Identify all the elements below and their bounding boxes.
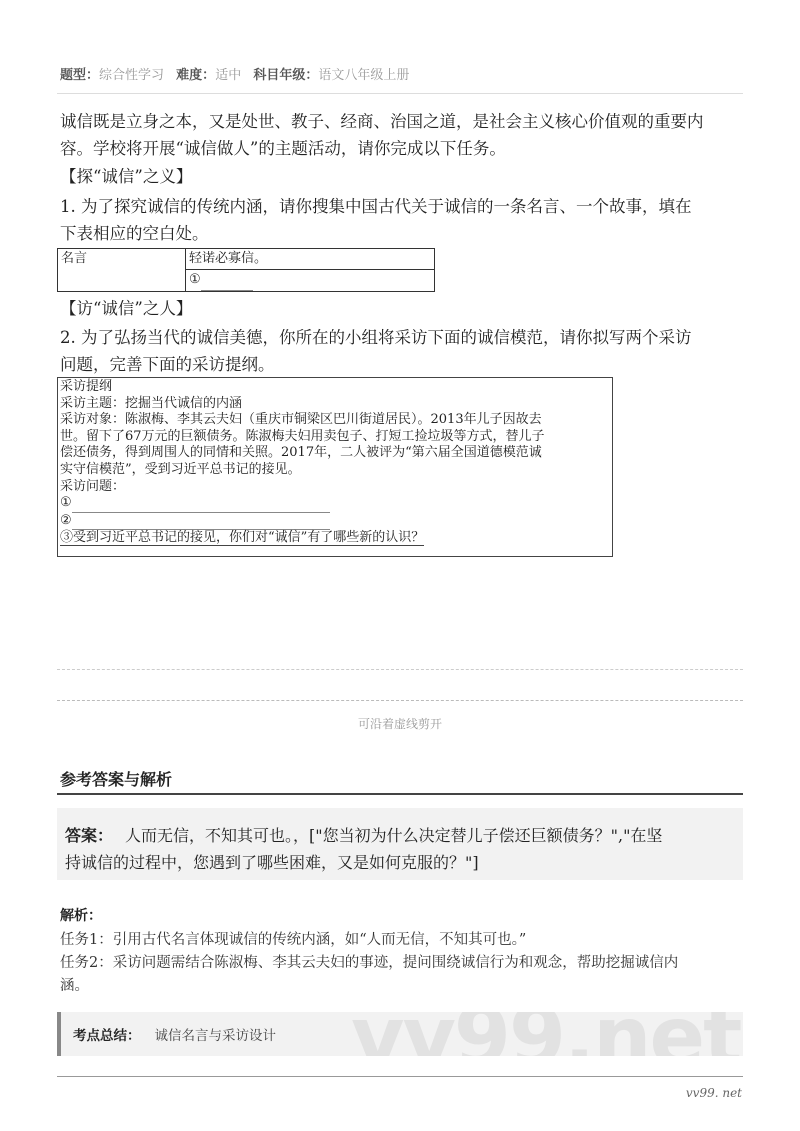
outline-questions-label: 采访问题： bbox=[60, 479, 610, 496]
type-value: 综合性学习 bbox=[99, 68, 164, 83]
outline-object-line-4: 实守信模范”，受到习近平总书记的接见。 bbox=[60, 462, 610, 479]
section-heading-explore: 【探“诚信”之义】 bbox=[60, 163, 750, 191]
answer-section-divider bbox=[57, 793, 743, 795]
answer-section-title: 参考答案与解析 bbox=[60, 767, 172, 790]
cut-hint: 可沿着虚线剪开 bbox=[0, 715, 800, 732]
outline-object-line-1: 采访对象：陈淑梅、李其云夫妇（重庆市铜梁区巴川街道居民）。2013年儿子因故去 bbox=[60, 412, 610, 429]
outline-object-line-3: 偿还债务，得到周围人的同情和关照。2017年，二人被评为“第六届全国道德模范诚 bbox=[60, 445, 610, 462]
outline-question-2[interactable]: ② bbox=[60, 513, 610, 531]
section-heading-interview: 【访“诚信”之人】 bbox=[60, 295, 750, 323]
summary-value: 诚信名言与采访设计 bbox=[155, 1028, 277, 1044]
outline-title: 采访提纲 bbox=[60, 379, 610, 396]
question-number-2: ② bbox=[60, 513, 72, 528]
summary-box: vv99.net 考点总结：诚信名言与采访设计 bbox=[57, 1012, 743, 1056]
quote-row-value-1: 轻诺必寡信。 bbox=[186, 249, 435, 270]
task2-line-2: 问题，完善下面的采访提纲。 bbox=[60, 351, 750, 379]
answer-line-2: 持诚信的过程中，您遇到了哪些困难，又是如何克服的？"] bbox=[65, 849, 733, 876]
footer-divider bbox=[57, 1076, 743, 1077]
analysis-line-1: 任务1：引用古代名言体现诚信的传统内涵，如“人而无信，不知其可也。” bbox=[60, 929, 750, 952]
intro-line-2: 容。学校将开展“诚信做人”的主题活动，请你完成以下任务。 bbox=[60, 135, 750, 163]
task1-line-2: 下表相应的空白处。 bbox=[60, 220, 750, 248]
analysis-line-3: 涵。 bbox=[60, 975, 750, 998]
difficulty-label: 难度： bbox=[176, 68, 215, 83]
task1-line-1: 1. 为了探究诚信的传统内涵，请你搜集中国古代关于诚信的一条名言、一个故事，填在 bbox=[60, 193, 750, 221]
answer-line-1: 人而无信，不知其可也。，["您当初为什么决定替儿子偿还巨额债务？","在坚 bbox=[125, 826, 662, 845]
quote-row-label: 名言 bbox=[58, 249, 186, 292]
analysis-title: 解析： bbox=[60, 905, 102, 925]
analysis-line-2: 任务2：采访问题需结合陈淑梅、李其云夫妇的事迹，提问围绕诚信行为和观念，帮助挖掘… bbox=[60, 952, 750, 975]
difficulty-value: 适中 bbox=[215, 68, 241, 83]
blank-number-1: ① bbox=[189, 272, 201, 287]
question-meta: 题型：综合性学习 难度：适中 科目年级：语文八年级上册 bbox=[60, 64, 409, 83]
quote-table: 名言 轻诺必寡信。 ① bbox=[57, 248, 435, 292]
summary-label: 考点总结： bbox=[73, 1028, 141, 1044]
outline-question-3: ③受到习近平总书记的接见，你们对“诚信”有了哪些新的认识？ bbox=[60, 530, 424, 546]
subject-label: 科目年级： bbox=[253, 68, 318, 83]
header-divider bbox=[57, 93, 743, 94]
outline-topic: 采访主题：挖掘当代诚信的内涵 bbox=[60, 396, 610, 413]
footer-site: vv99. net bbox=[686, 1086, 742, 1100]
task2-line-1: 2. 为了弘扬当代的诚信美德，你所在的小组将采访下面的诚信模范，请你拟写两个采访 bbox=[60, 324, 750, 352]
outline-question-1[interactable]: ① bbox=[60, 495, 610, 513]
cut-line-upper bbox=[57, 669, 743, 670]
intro-line-1: 诚信既是立身之本，又是处世、教子、经商、治国之道，是社会主义核心价值观的重要内 bbox=[60, 108, 750, 136]
question-number-1: ① bbox=[60, 495, 72, 510]
cut-line-lower bbox=[57, 700, 743, 701]
outline-object-line-2: 世。留下了67万元的巨额债务。陈淑梅夫妇用卖包子、打短工捡垃圾等方式，替儿子 bbox=[60, 429, 610, 446]
question-blank-1[interactable] bbox=[72, 495, 330, 513]
quote-row-value-2[interactable]: ① bbox=[186, 270, 435, 292]
type-label: 题型： bbox=[60, 68, 99, 83]
answer-label: 答案： bbox=[65, 826, 113, 845]
answer-box: 答案：人而无信，不知其可也。，["您当初为什么决定替儿子偿还巨额债务？","在坚… bbox=[57, 808, 743, 880]
subject-value: 语文八年级上册 bbox=[318, 68, 409, 83]
watermark: vv99.net bbox=[351, 1012, 740, 1056]
question-blank-2[interactable] bbox=[72, 513, 330, 531]
answer-blank-1[interactable] bbox=[201, 270, 253, 291]
interview-outline-box: 采访提纲 采访主题：挖掘当代诚信的内涵 采访对象：陈淑梅、李其云夫妇（重庆市铜梁… bbox=[57, 377, 613, 557]
